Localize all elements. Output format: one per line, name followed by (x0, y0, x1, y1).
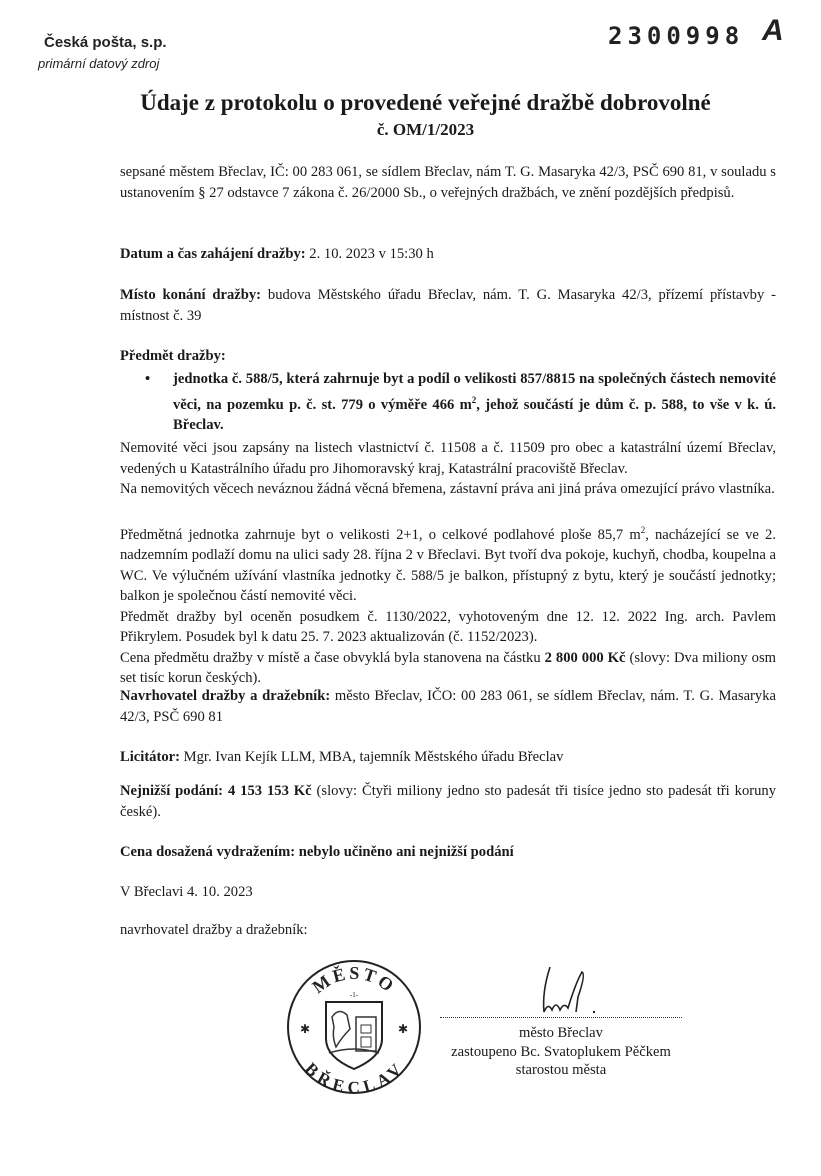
result-value: nebylo učiněno ani nejnižší podání (295, 844, 514, 860)
auctioneer-paragraph: Licitátor: Mgr. Ivan Kejík LLM, MBA, taj… (120, 747, 776, 768)
description-part1: Předmětná jednotka zahrnuje byt o veliko… (120, 527, 641, 543)
subject-label: Předmět dražby: (120, 346, 776, 367)
svg-text:✱: ✱ (398, 1022, 408, 1036)
signatory-label: navrhovatel dražby a dražebník: (120, 920, 776, 941)
document-mark: A (762, 14, 784, 48)
encumbrances-text: Na nemovitých věcech neváznou žádná věcn… (120, 481, 775, 497)
lowest-bid-label: Nejnižší podání: (120, 783, 223, 799)
page-subtitle: č. OM/1/2023 (0, 120, 821, 140)
page-title: Údaje z protokolu o provedené veřejné dr… (0, 90, 821, 116)
place-label: Místo konání dražby: (120, 287, 261, 303)
registry-text: Nemovité věci jsou zapsány na listech vl… (120, 440, 776, 477)
auctioneer-value: Mgr. Ivan Kejík LLM, MBA, tajemník Městs… (180, 749, 563, 765)
auction-place: Místo konání dražby: budova Městského úř… (120, 285, 776, 326)
lowest-bid-amount: 4 153 153 Kč (223, 783, 312, 799)
price-amount: 2 800 000 Kč (545, 650, 626, 666)
signature-block: město Břeclav zastoupeno Bc. Svatoplukem… (430, 1024, 692, 1080)
start-value: 2. 10. 2023 v 15:30 h (306, 246, 434, 262)
svg-text:BŘECLAV: BŘECLAV (301, 1059, 407, 1097)
valuation-text: Předmět dražby byl oceněn posudkem č. 11… (120, 609, 776, 646)
intro-paragraph: sepsané městem Břeclav, IČ: 00 283 061, … (120, 162, 776, 203)
place-date: V Břeclavi 4. 10. 2023 (120, 882, 776, 903)
document-number: 2300998 (608, 22, 744, 50)
postal-subtitle: primární datový zdroj (38, 56, 159, 71)
signature-line1: město Břeclav (430, 1024, 692, 1043)
signature-line3: starostou města (430, 1061, 692, 1080)
result-label: Cena dosažená vydražením: (120, 844, 295, 860)
signature-icon (530, 962, 630, 1022)
description-paragraph: Předmětná jednotka zahrnuje byt o veliko… (120, 520, 776, 689)
start-datetime: Datum a čas zahájení dražby: 2. 10. 2023… (120, 244, 776, 265)
bullet-icon: • (145, 369, 150, 390)
seal-number: -1- (350, 991, 359, 999)
result-paragraph: Cena dosažená vydražením: nebylo učiněno… (120, 842, 776, 863)
seal-bottom-text: BŘECLAV (301, 1059, 407, 1097)
lowest-bid-paragraph: Nejnižší podání: 4 153 153 Kč (slovy: Čt… (120, 781, 776, 822)
svg-text:✱: ✱ (300, 1022, 310, 1036)
subject-item: • jednotka č. 588/5, která zahrnuje byt … (145, 369, 776, 435)
proposer-label: Navrhovatel dražby a dražebník: (120, 688, 330, 704)
price-prefix: Cena předmětu dražby v místě a čase obvy… (120, 650, 545, 666)
signature-line2: zastoupeno Bc. Svatoplukem Pěčkem (430, 1043, 692, 1062)
auctioneer-label: Licitátor: (120, 749, 180, 765)
registry-paragraph: Nemovité věci jsou zapsány na listech vl… (120, 438, 776, 500)
postal-org: Česká pošta, s.p. (44, 34, 167, 51)
city-seal-icon: MĚSTO BŘECLAV -1- ✱ ✱ (284, 957, 424, 1097)
proposer-paragraph: Navrhovatel dražby a dražebník: město Bř… (120, 686, 776, 727)
signature-line (440, 1017, 682, 1018)
start-label: Datum a čas zahájení dražby: (120, 246, 306, 262)
